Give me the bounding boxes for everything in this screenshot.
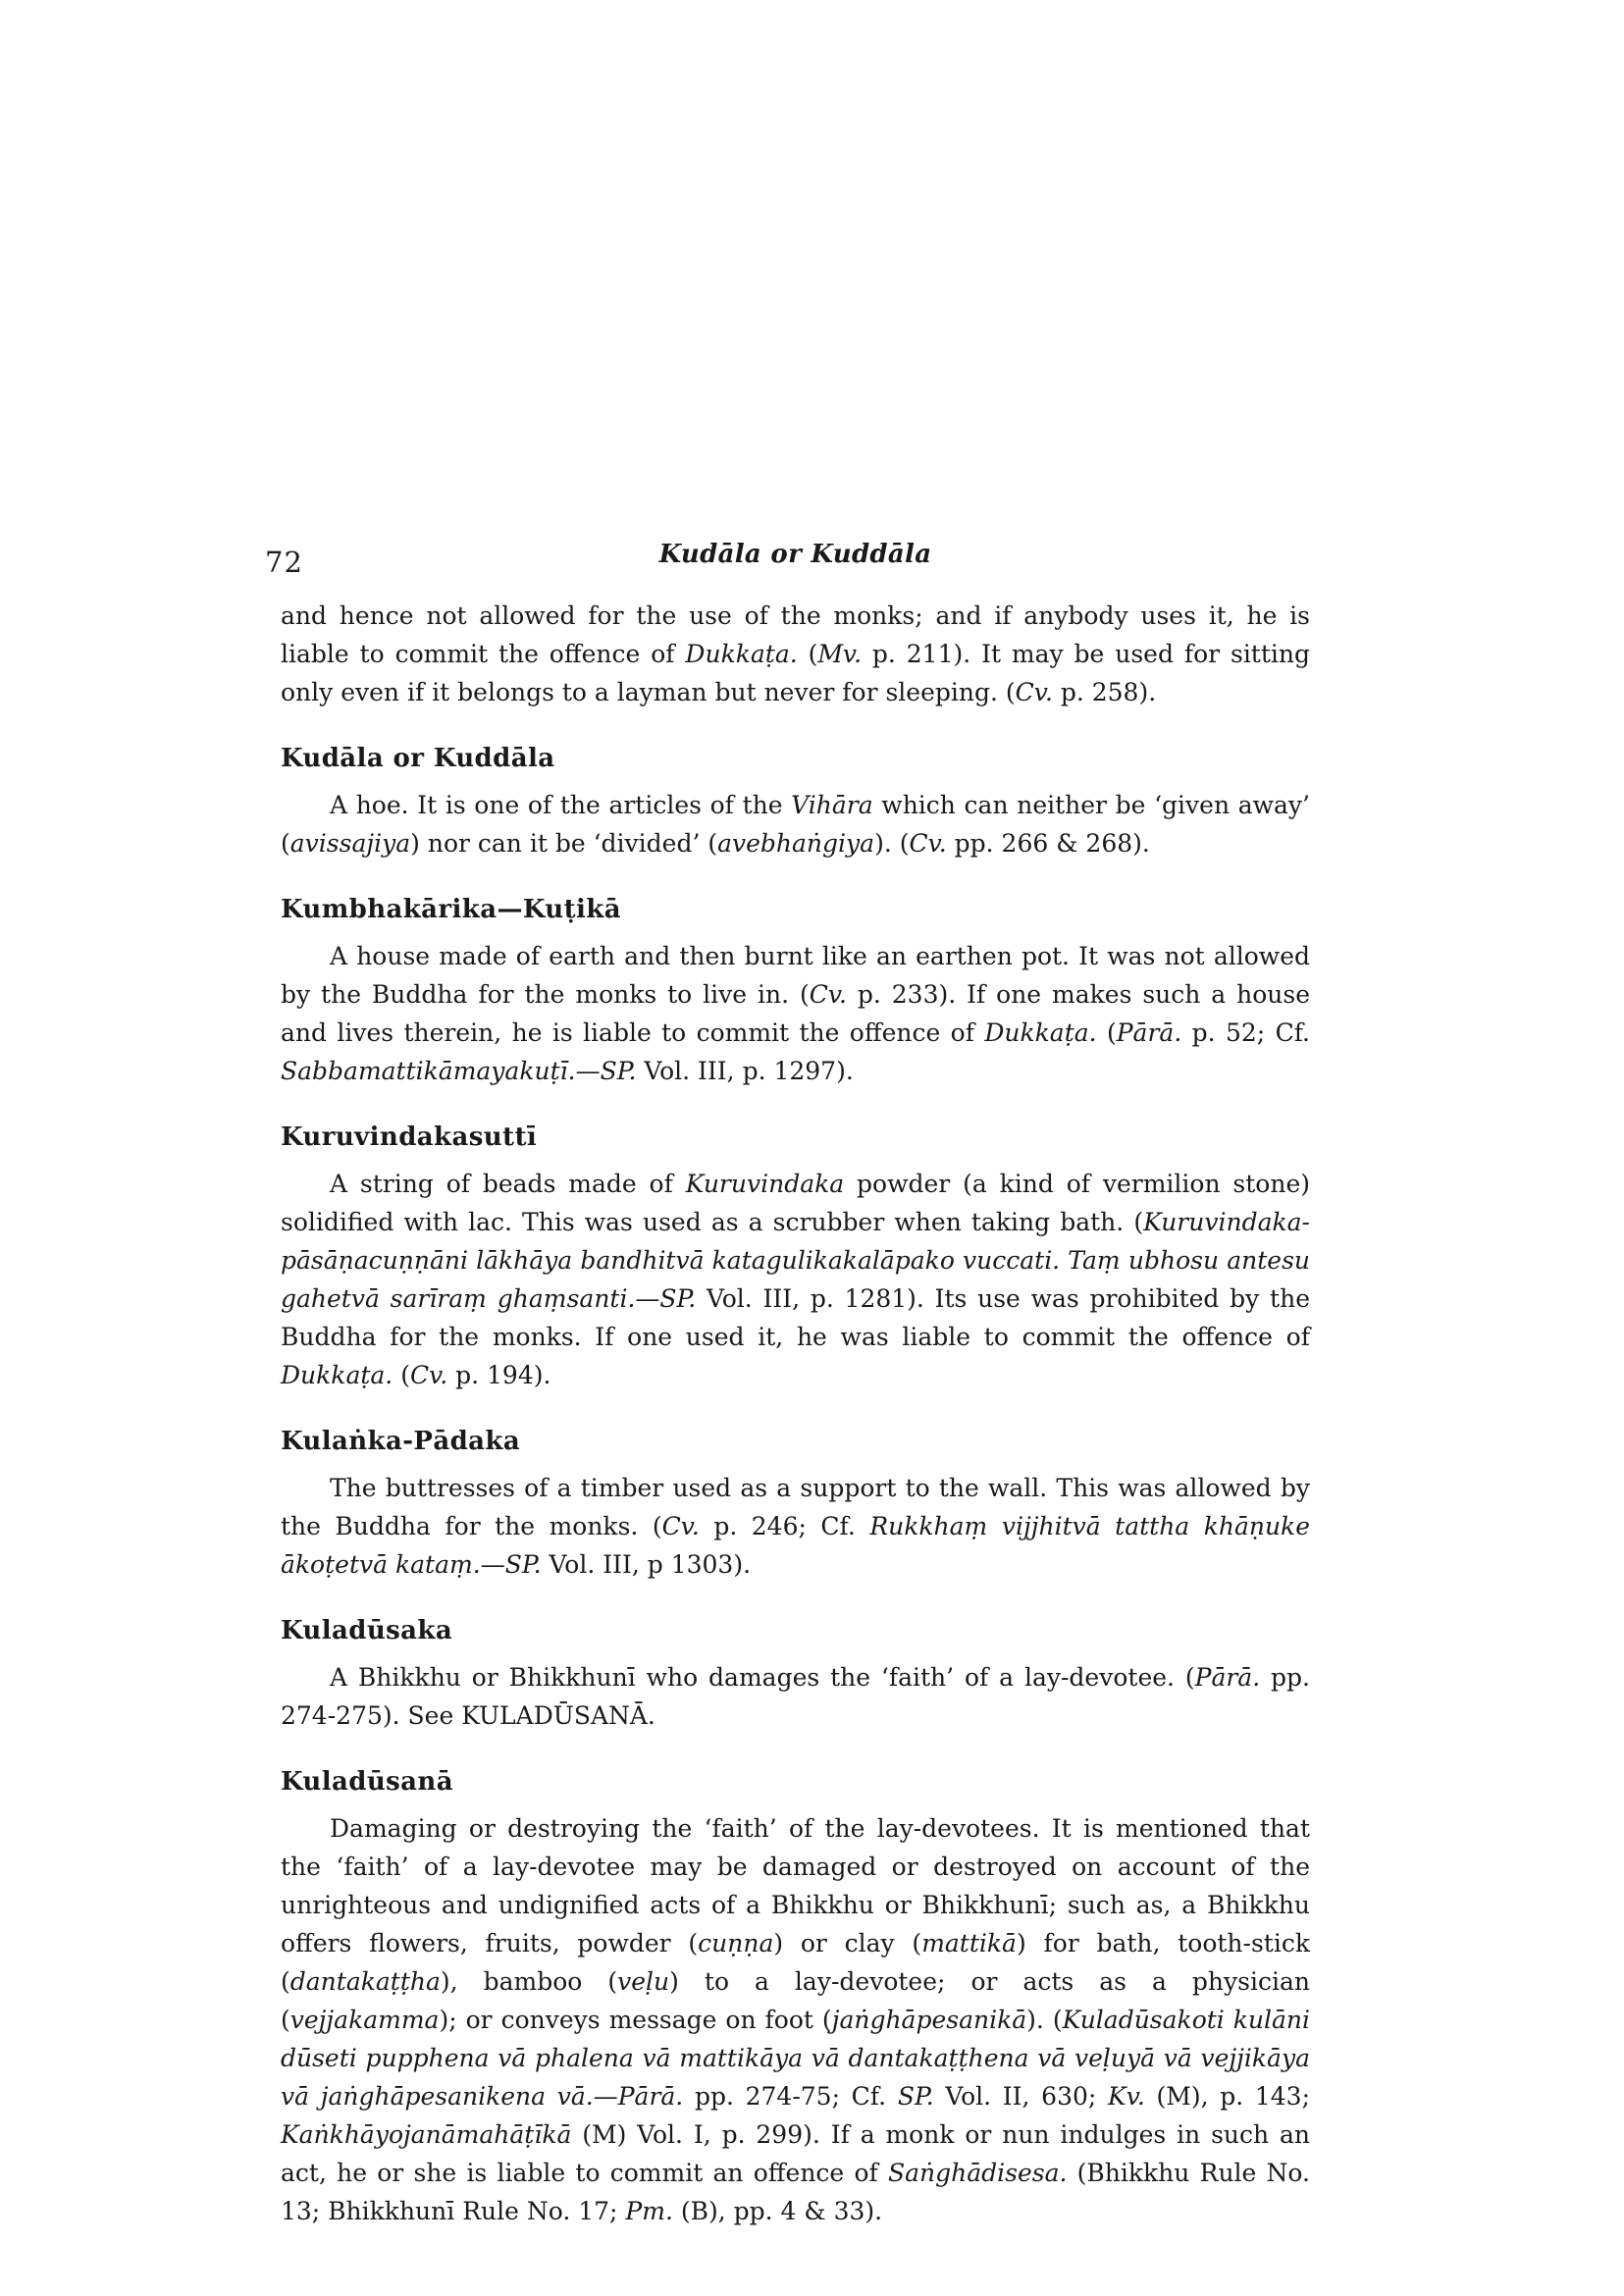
entry-kuruvindakasutti: Kuruvindakasuttī A string of beads made … bbox=[281, 1119, 1310, 1394]
entry-heading: Kulaṅka-Pādaka bbox=[281, 1423, 1310, 1461]
page-number: 72 bbox=[265, 544, 303, 582]
entry-paragraph: A Bhikkhu or Bhikkhunī who damages the ‘… bbox=[281, 1658, 1310, 1735]
entry-kumbhakarika-kutika: Kumbhakārika—Kuṭikā A house made of eart… bbox=[281, 891, 1310, 1090]
entry-paragraph: A string of beads made of Kuruvindaka po… bbox=[281, 1165, 1310, 1394]
entry-paragraph: A house made of earth and then burnt lik… bbox=[281, 937, 1310, 1090]
entry-heading: Kuruvindakasuttī bbox=[281, 1119, 1310, 1157]
entry-kuladusana: Kuladūsanā Damaging or destroying the ‘f… bbox=[281, 1763, 1310, 2230]
intro-paragraph: and hence not allowed for the use of the… bbox=[281, 597, 1310, 711]
entry-paragraph: The buttresses of a timber used as a sup… bbox=[281, 1469, 1310, 1584]
entry-kuladusaka: Kuladūsaka A Bhikkhu or Bhikkhunī who da… bbox=[281, 1612, 1310, 1735]
entry-paragraph: A hoe. It is one of the articles of the … bbox=[281, 786, 1310, 862]
entry-heading: Kuladūsaka bbox=[281, 1612, 1310, 1650]
entry-paragraph: Damaging or destroying the ‘faith’ of th… bbox=[281, 1809, 1310, 2230]
entry-kulanka-padaka: Kulaṅka-Pādaka The buttresses of a timbe… bbox=[281, 1423, 1310, 1584]
entry-heading: Kuladūsanā bbox=[281, 1763, 1310, 1801]
scanned-page: 72 Kudāla or Kuddāla and hence not allow… bbox=[0, 0, 1624, 2296]
entry-heading: Kumbhakārika—Kuṭikā bbox=[281, 891, 1310, 929]
entry-kudala: Kudāla or Kuddāla A hoe. It is one of th… bbox=[281, 740, 1310, 862]
entry-heading: Kudāla or Kuddāla bbox=[281, 740, 1310, 778]
page-header: 72 Kudāla or Kuddāla bbox=[281, 540, 1310, 583]
running-header: Kudāla or Kuddāla bbox=[659, 536, 932, 574]
